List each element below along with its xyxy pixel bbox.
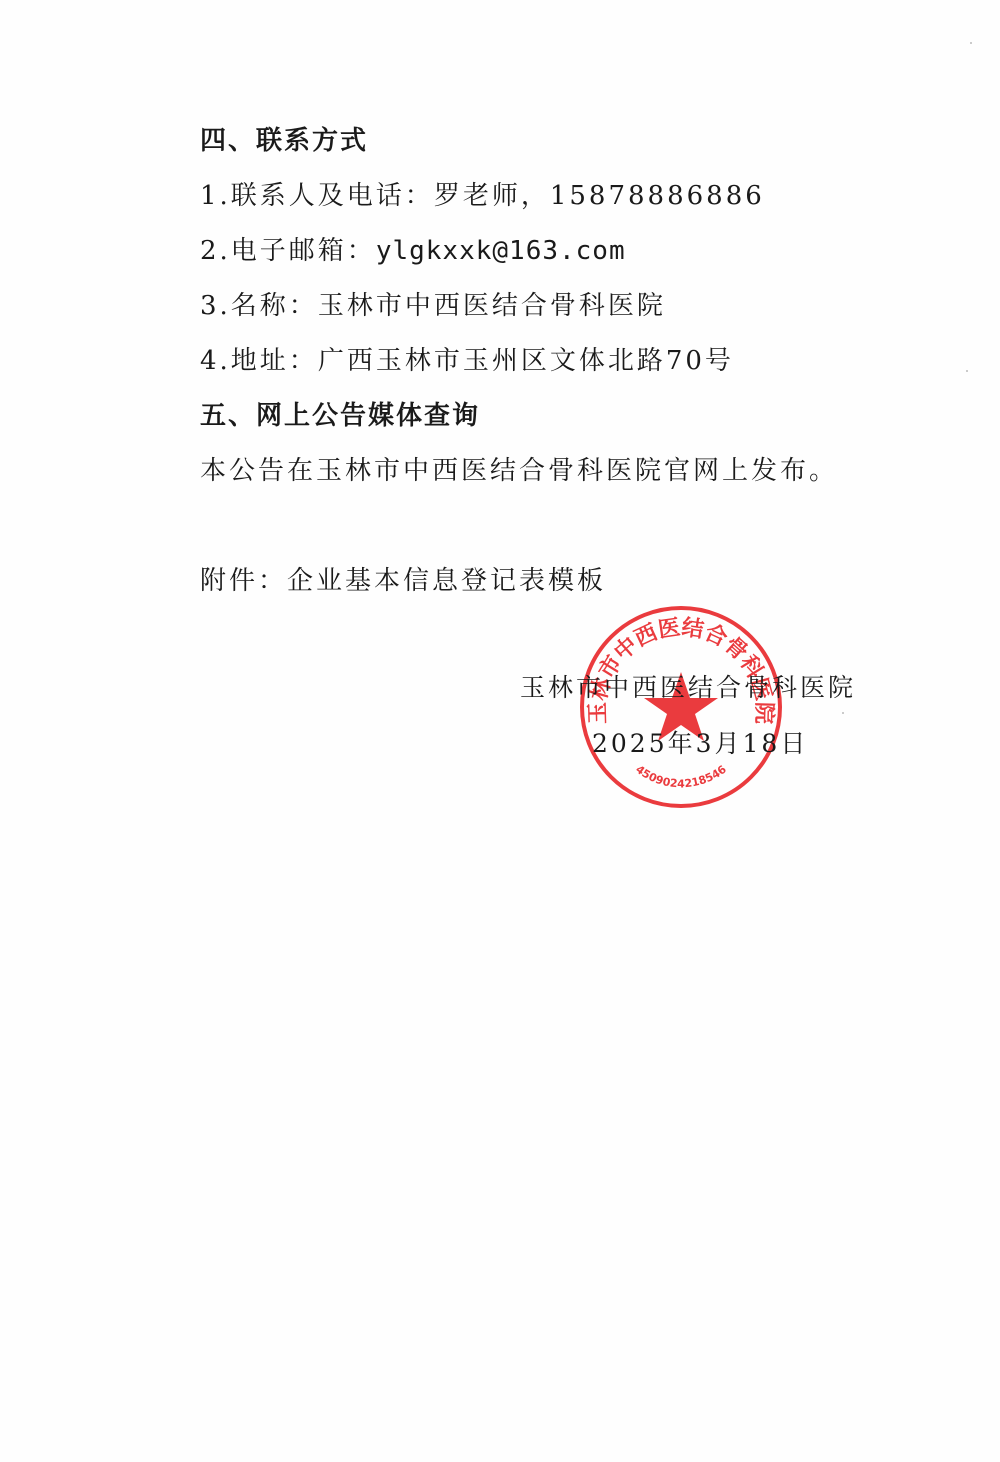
- email-line: 2.电子邮箱：ylgkxxk@163.com: [200, 230, 626, 267]
- section-4-heading: 四、联系方式: [200, 120, 368, 157]
- document-page: 四、联系方式 1.联系人及电话：罗老师，15878886886 2.电子邮箱：y…: [0, 0, 1000, 1462]
- signature-date: 2025年3月18日: [592, 724, 808, 760]
- attachment-value: 企业基本信息登记表模板: [287, 566, 606, 596]
- scan-speck: [966, 370, 968, 372]
- name-value: 玉林市中西医结合骨科医院: [318, 291, 666, 321]
- contact-person-value: 罗老师，15878886886: [434, 181, 765, 211]
- scan-speck: [842, 712, 844, 714]
- official-seal: 玉林市中西医结合骨科医院 4509024218546: [578, 604, 784, 810]
- address-line: 4.地址：广西玉林市玉州区文体北路70号: [200, 340, 734, 377]
- seal-code: 4509024218546: [633, 763, 729, 791]
- address-label: 4.地址：: [200, 346, 318, 376]
- contact-person-line: 1.联系人及电话：罗老师，15878886886: [200, 175, 765, 212]
- section-5-body: 本公告在玉林市中西医结合骨科医院官网上发布。: [200, 450, 838, 487]
- attachment-label: 附件：: [200, 566, 287, 596]
- signature-organization: 玉林市中西医结合骨科医院: [520, 668, 856, 704]
- email-label: 2.电子邮箱：: [200, 236, 376, 266]
- email-value: ylgkxxk@163.com: [376, 236, 626, 266]
- contact-person-label: 1.联系人及电话：: [200, 181, 434, 211]
- address-value: 广西玉林市玉州区文体北路70号: [318, 346, 734, 376]
- scan-speck: [970, 42, 972, 44]
- name-line: 3.名称：玉林市中西医结合骨科医院: [200, 285, 666, 322]
- name-label: 3.名称：: [200, 291, 318, 321]
- attachment-line: 附件：企业基本信息登记表模板: [200, 560, 606, 597]
- section-5-heading: 五、网上公告媒体查询: [200, 395, 480, 432]
